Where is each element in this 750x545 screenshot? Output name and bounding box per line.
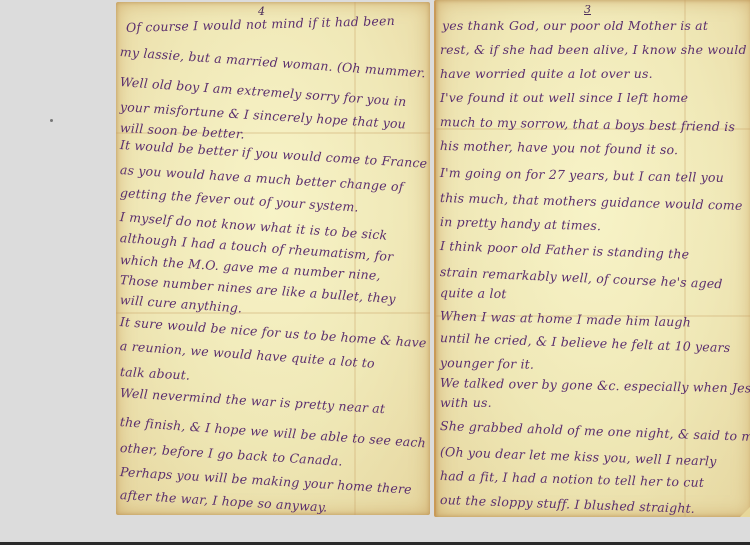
letter-line: rest, & if she had been alive, I know sh… — [440, 42, 747, 57]
letter-line: yes thank God, our poor old Mother is at — [442, 18, 708, 33]
fold-crease — [116, 312, 430, 314]
letter-line: I think poor old Father is standing the — [440, 238, 690, 262]
letter-line: I've found it out well since I left home — [440, 90, 688, 105]
letter-line: When I was at home I made him laugh — [440, 308, 691, 330]
letter-line: until he cried, & I believe he felt at 1… — [440, 330, 731, 355]
letter-line: with us. — [440, 395, 492, 410]
letter-line: other, before I go back to Canada. — [120, 440, 344, 469]
letter-line: his mother, have you not found it so. — [440, 138, 679, 157]
dust-speck — [50, 119, 53, 122]
letter-line: talk about. — [120, 364, 191, 383]
letter-line: much to my sorrow, that a boys best frie… — [440, 114, 735, 134]
letter-line: quite a lot — [440, 285, 507, 301]
folded-corner — [740, 507, 750, 517]
letter-line: this much, that mothers guidance would c… — [440, 190, 743, 213]
letter-page-3: 3 yes thank God, our poor old Mother is … — [434, 0, 750, 517]
page-number: 3 — [584, 3, 591, 16]
letter-line: She grabbed ahold of me one night, & sai… — [440, 418, 750, 444]
letter-line: have worried quite a lot over us. — [440, 66, 653, 81]
letter-line: We talked over by gone &c. especially wh… — [440, 375, 750, 396]
letter-line: my lassie, but a married woman. (Oh mumm… — [119, 44, 426, 80]
letter-page-4: 4 Of course I would not mind if it had b… — [116, 2, 430, 515]
letter-line: out the sloppy stuff. I blushed straight… — [440, 492, 696, 516]
letter-line: Well nevermind the war is pretty near at — [120, 385, 386, 416]
letter-line: younger for it. — [440, 355, 534, 372]
letter-line: after the war, I hope so anyway. — [120, 487, 328, 515]
letter-line: in pretty handy at times. — [440, 214, 602, 233]
letter-line: had a fit, I had a notion to tell her to… — [440, 468, 704, 490]
letter-line: I'm going on for 27 years, but I can tel… — [440, 165, 724, 185]
letter-line: (Oh you dear let me kiss you, well I nea… — [440, 444, 717, 469]
